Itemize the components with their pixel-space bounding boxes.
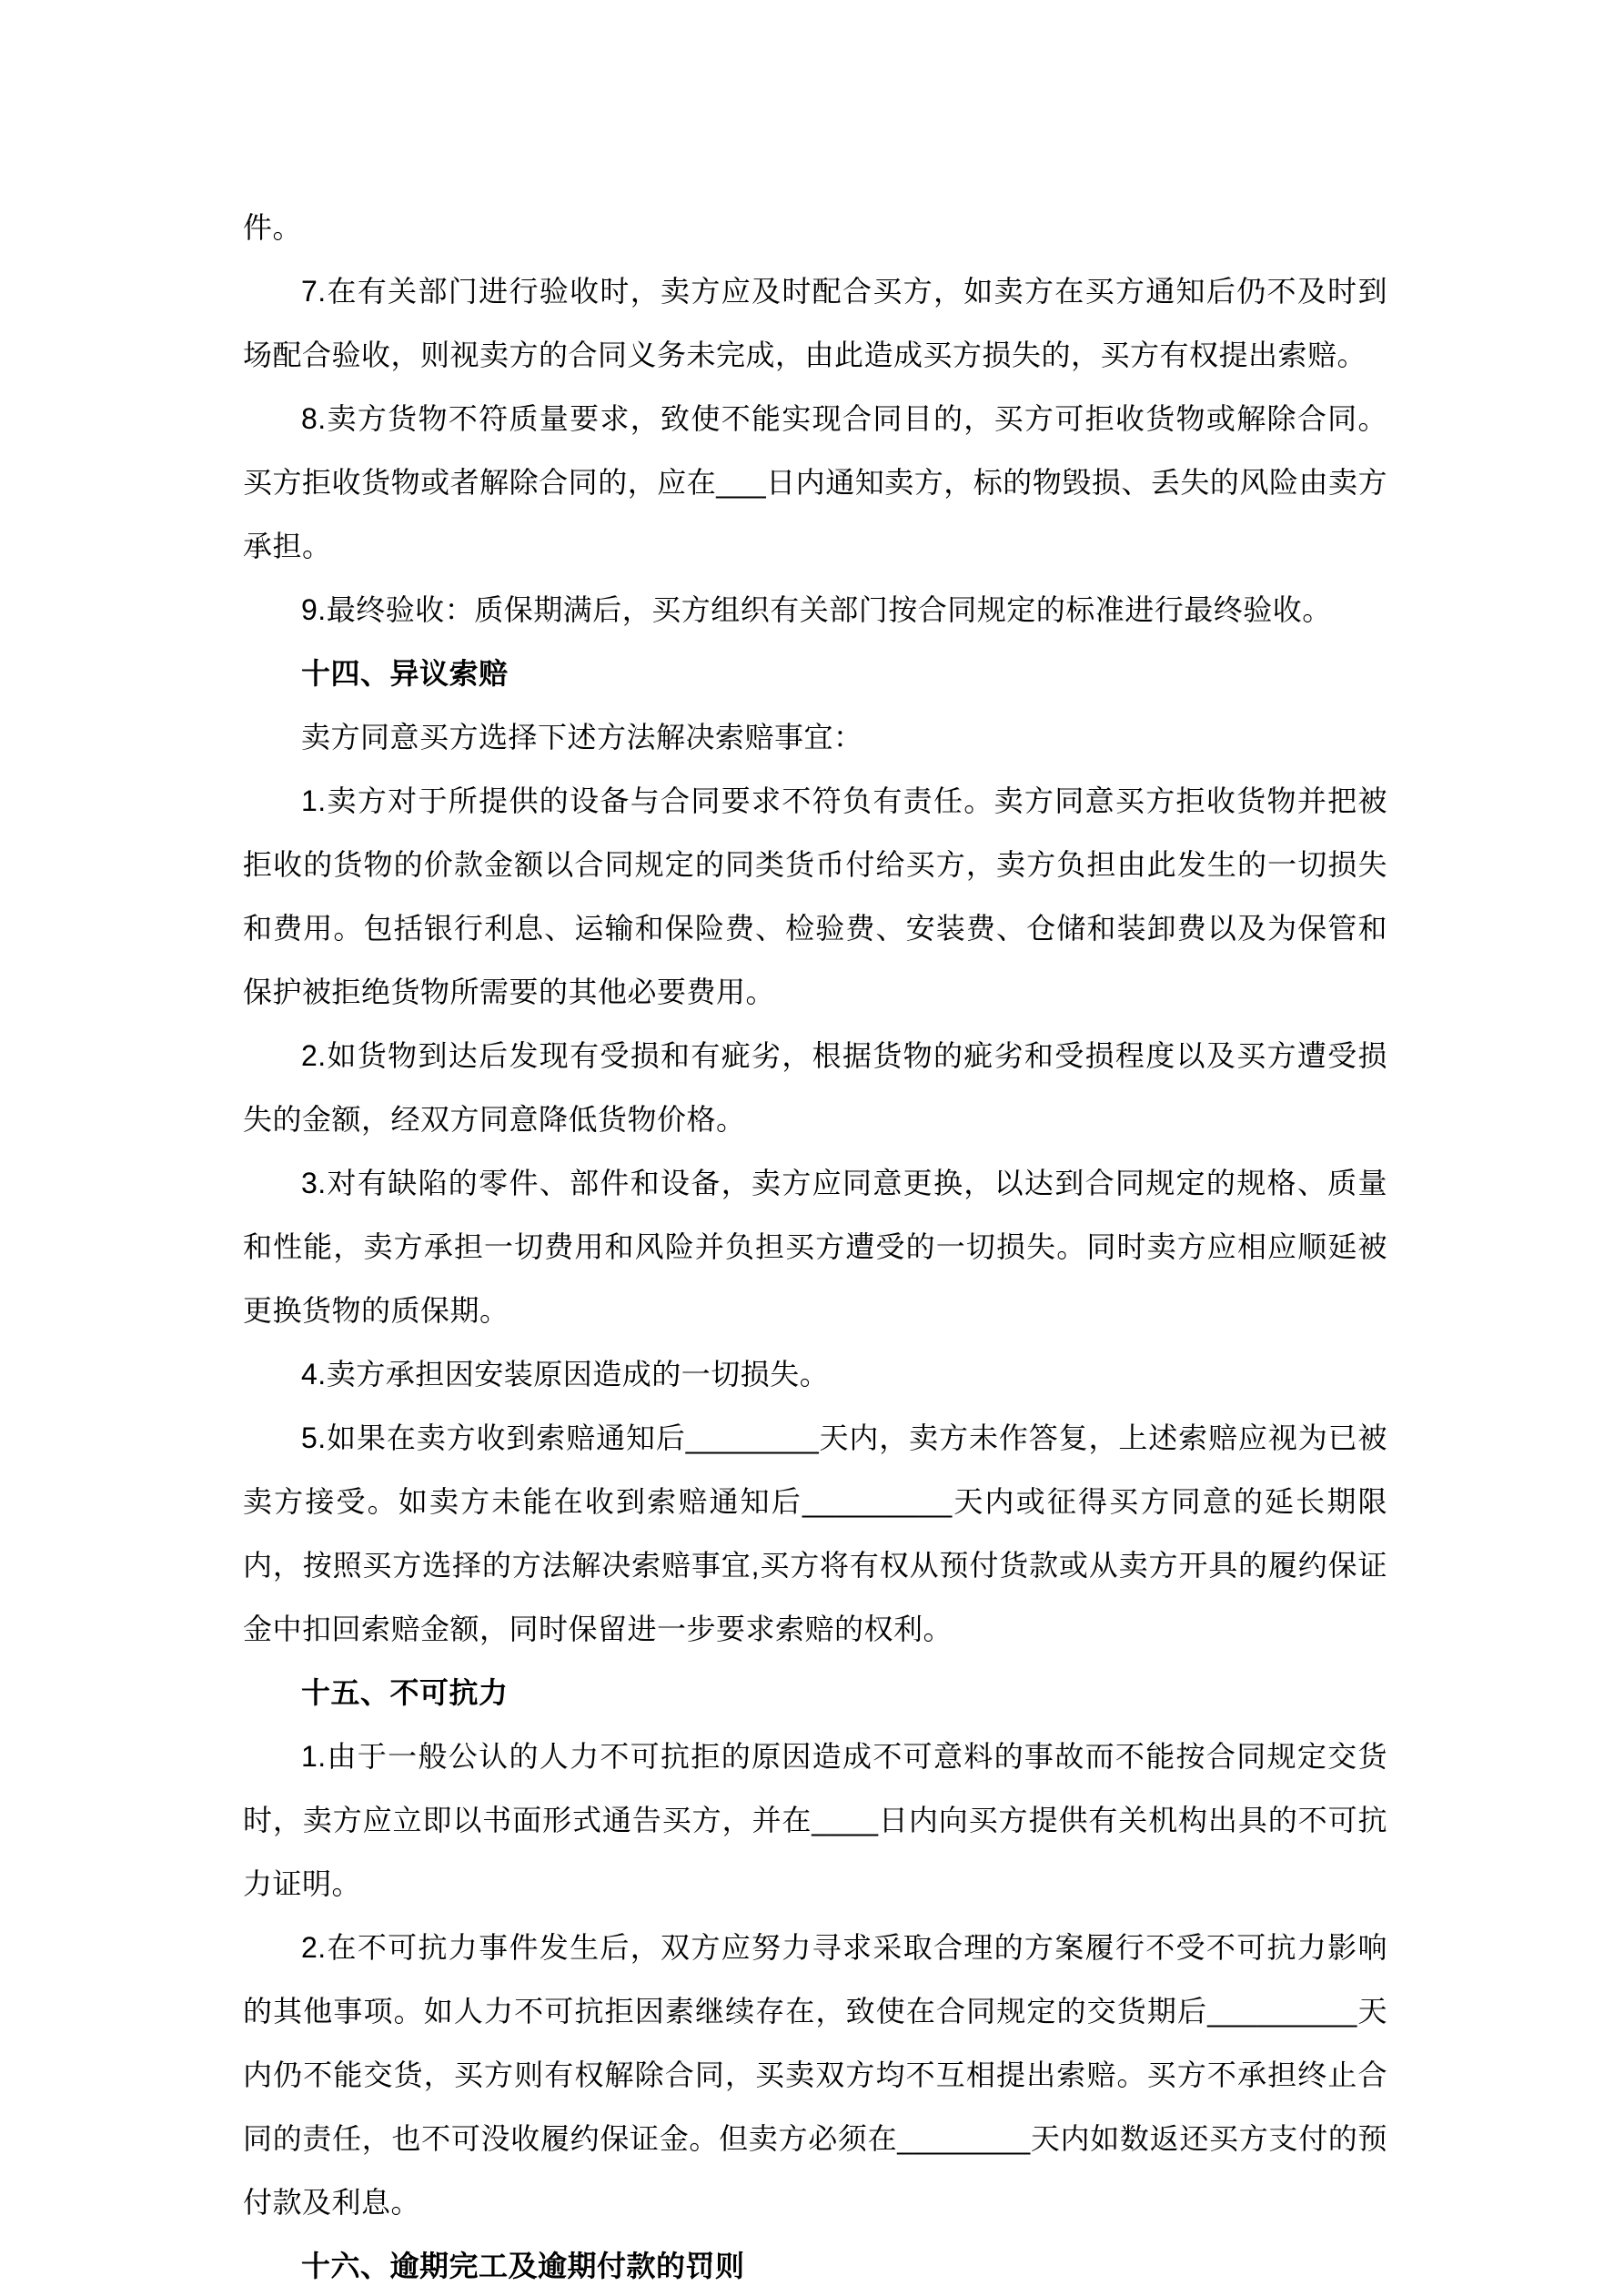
section-heading-14-objection-claims: 十四、异议索赔 bbox=[243, 642, 1387, 705]
paragraph-claims-item-2: 2.如货物到达后发现有受损和有疵劣，根据货物的疵劣和受损程度以及买方遭受损失的金… bbox=[243, 1024, 1387, 1151]
paragraph-claims-item-1: 1.卖方对于所提供的设备与合同要求不符负有责任。卖方同意买方拒收货物并把被拒收的… bbox=[243, 769, 1387, 1024]
paragraph-force-majeure-item-2: 2.在不可抗力事件发生后，双方应努力寻求采取合理的方案履行不受不可抗力影响的其他… bbox=[243, 1916, 1387, 2234]
paragraph-clause-7: 7.在有关部门进行验收时，卖方应及时配合买方，如卖方在买方通知后仍不及时到场配合… bbox=[243, 259, 1387, 387]
section-heading-15-force-majeure: 十五、不可抗力 bbox=[243, 1661, 1387, 1725]
paragraph-clause-9: 9.最终验收：质保期满后，买方组织有关部门按合同规定的标准进行最终验收。 bbox=[243, 578, 1387, 642]
document-page: 件。 7.在有关部门进行验收时，卖方应及时配合买方，如卖方在买方通知后仍不及时到… bbox=[0, 0, 1624, 2296]
paragraph-continuation: 件。 bbox=[243, 196, 1387, 259]
paragraph-claims-item-5: 5.如果在卖方收到索赔通知后________天内，卖方未作答复，上述索赔应视为已… bbox=[243, 1406, 1387, 1661]
paragraph-claims-item-4: 4.卖方承担因安装原因造成的一切损失。 bbox=[243, 1342, 1387, 1406]
paragraph-clause-8: 8.卖方货物不符质量要求，致使不能实现合同目的，买方可拒收货物或解除合同。买方拒… bbox=[243, 387, 1387, 578]
paragraph-claims-item-3: 3.对有缺陷的零件、部件和设备，卖方应同意更换，以达到合同规定的规格、质量和性能… bbox=[243, 1151, 1387, 1342]
paragraph-claims-intro: 卖方同意买方选择下述方法解决索赔事宜： bbox=[243, 705, 1387, 769]
contract-text-block: 件。 7.在有关部门进行验收时，卖方应及时配合买方，如卖方在买方通知后仍不及时到… bbox=[243, 196, 1387, 2296]
paragraph-force-majeure-item-1: 1.由于一般公认的人力不可抗拒的原因造成不可意料的事故而不能按合同规定交货时，卖… bbox=[243, 1725, 1387, 1916]
section-heading-16-overdue-penalties: 十六、逾期完工及逾期付款的罚则 bbox=[243, 2234, 1387, 2296]
